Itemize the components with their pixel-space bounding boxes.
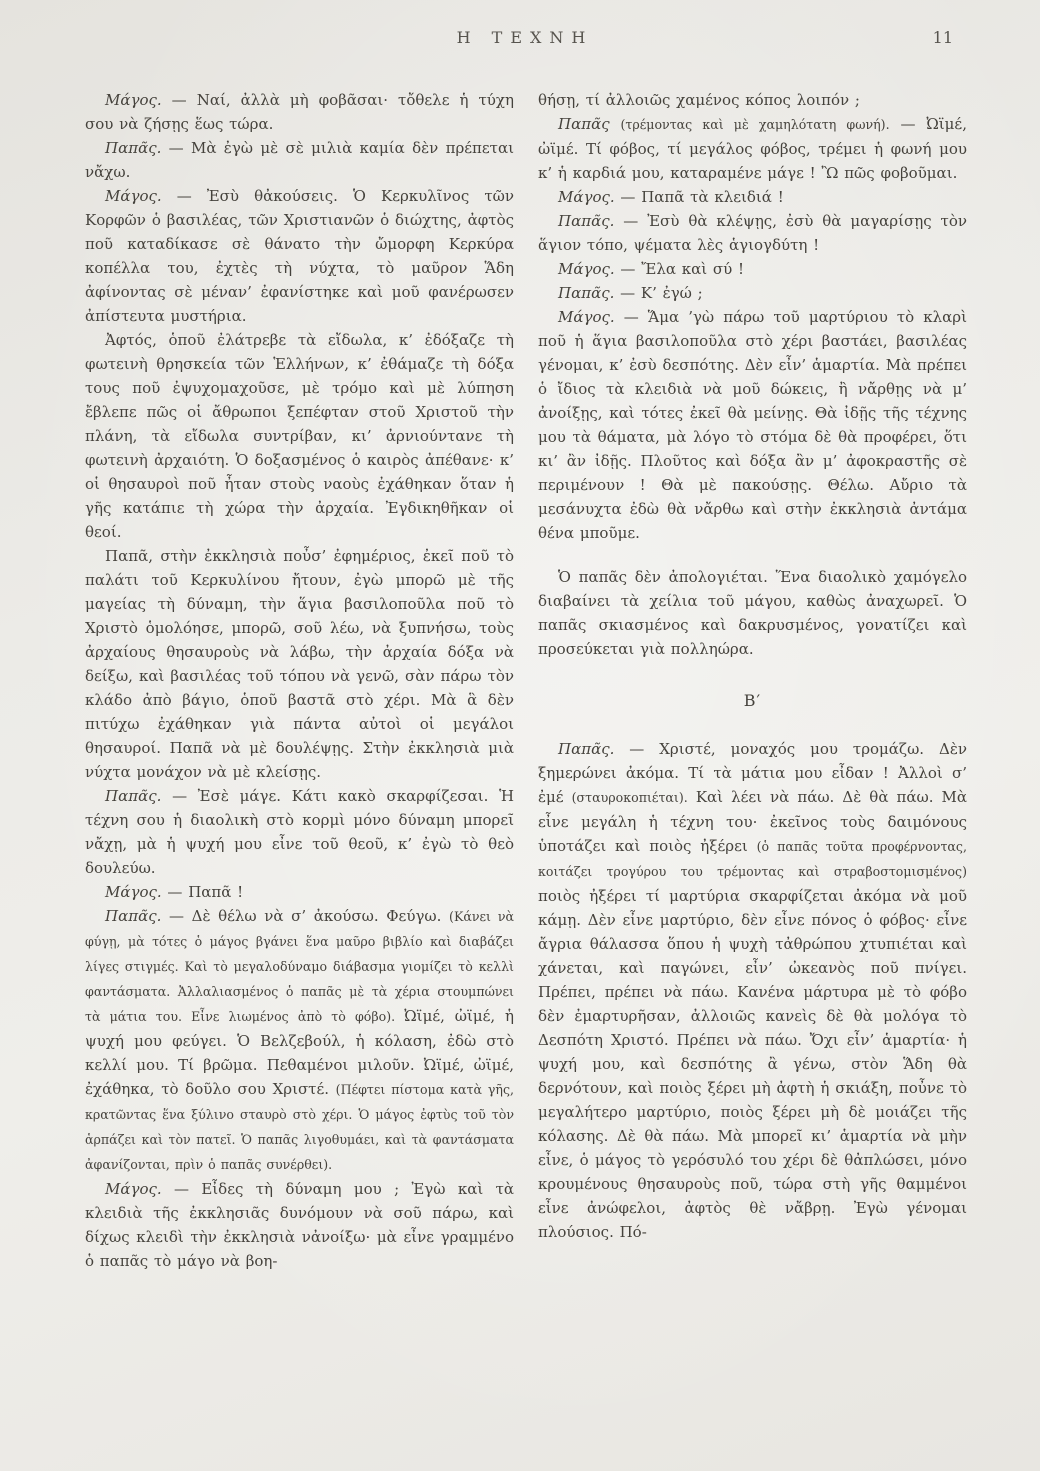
- column-left: Μάγος. — Ναί, ἀλλὰ μὴ φοβᾶσαι· τὄθελε ἡ …: [85, 88, 514, 1273]
- text-columns: Μάγος. — Ναί, ἀλλὰ μὴ φοβᾶσαι· τὄθελε ἡ …: [85, 88, 967, 1273]
- body-text: — Παπᾶ τὰ κλειδιά !: [615, 188, 784, 206]
- paragraph: Παπᾶς. — Κ’ ἐγώ ;: [538, 281, 967, 305]
- paragraph: θήσῃ, τί ἀλλοιῶς χαμένος κόπος λοιπόν ;: [538, 88, 967, 112]
- paragraph: Παπᾶς. — Δὲ θέλω νὰ σ’ ἀκούσω. Φεύγω. (Κ…: [85, 904, 514, 1177]
- paragraph: Παπᾶς. — Ἐσὺ θὰ κλέψῃς, ἐσὺ θὰ μαγαρίσῃς…: [538, 209, 967, 257]
- speaker-name: Παπᾶς.: [105, 139, 161, 157]
- body-text: — Παπᾶ !: [162, 883, 244, 901]
- paragraph: Μάγος. — Ἅμα ’γὼ πάρω τοῦ μαρτύριου τὸ κ…: [538, 305, 967, 545]
- speaker-name: Μάγος.: [105, 187, 162, 205]
- body-text: — Δὲ θέλω νὰ σ’ ἀκούσω. Φεύγω.: [161, 907, 449, 925]
- paragraph: Μάγος. — Ναί, ἀλλὰ μὴ φοβᾶσαι· τὄθελε ἡ …: [85, 88, 514, 136]
- paragraph: Παπᾶς. — Χριστέ, μοναχός μου τρομάζω. Δὲ…: [538, 737, 967, 1244]
- stage-direction: (τρέμοντας καὶ μὲ χαμηλότατη φωνή).: [620, 117, 889, 132]
- speaker-name: Παπᾶς: [558, 115, 620, 133]
- paragraph: Παπᾶ, στὴν ἐκκλησιὰ ποὖσ’ ἐφημέριος, ἐκε…: [85, 544, 514, 784]
- body-text: θήσῃ, τί ἀλλοιῶς χαμένος κόπος λοιπόν ;: [538, 91, 860, 109]
- paragraph: Μάγος. — Ἔλα καὶ σύ !: [538, 257, 967, 281]
- paragraph: Μάγος. — Παπᾶ !: [85, 880, 514, 904]
- speaker-name: Μάγος.: [105, 91, 162, 109]
- stage-direction: (σταυροκοπιέται).: [572, 790, 688, 805]
- speaker-name: Παπᾶς.: [105, 787, 161, 805]
- speaker-name: Παπᾶς.: [558, 740, 614, 758]
- column-right: θήσῃ, τί ἀλλοιῶς χαμένος κόπος λοιπόν ;Π…: [538, 88, 967, 1273]
- body-text: Β′: [744, 691, 761, 710]
- paragraph: Ἀφτός, ὁποῦ ἐλάτρεβε τὰ εἴδωλα, κ’ ἐδόξα…: [85, 328, 514, 544]
- speaker-name: Μάγος.: [558, 308, 615, 326]
- paragraph: Παπᾶς. — Ἐσὲ μάγε. Κάτι κακὸ σκαρφίζεσαι…: [85, 784, 514, 880]
- speaker-name: Μάγος.: [105, 883, 162, 901]
- body-text: Ὁ παπᾶς δὲν ἀπολογιέται. Ἕνα διαολικὸ χα…: [538, 568, 967, 658]
- speaker-name: Παπᾶς.: [105, 907, 161, 925]
- paragraph: Μάγος. — Εἶδες τὴ δύναμη μου ; Ἐγὼ καὶ τ…: [85, 1177, 514, 1273]
- speaker-name: Παπᾶς.: [558, 284, 614, 302]
- section-heading: Β′: [538, 689, 967, 713]
- body-text: — Ἅμα ’γὼ πάρω τοῦ μαρτύριου τὸ κλαρὶ πο…: [538, 308, 967, 542]
- paragraph: Παπᾶς. — Μὰ ἐγὼ μὲ σὲ μιλιὰ καμία δὲν πρ…: [85, 136, 514, 184]
- paragraph: Μάγος. — Ἐσὺ θἀκούσεις. Ὁ Κερκυλῖνος τῶν…: [85, 184, 514, 328]
- speaker-name: Μάγος.: [558, 260, 615, 278]
- body-text: Παπᾶ, στὴν ἐκκλησιὰ ποὖσ’ ἐφημέριος, ἐκε…: [85, 547, 514, 781]
- page-header: Η ΤΕΧΝΗ 11: [85, 28, 965, 58]
- page-number: 11: [933, 28, 953, 47]
- speaker-name: Παπᾶς.: [558, 212, 614, 230]
- body-text: — Κ’ ἐγώ ;: [614, 284, 702, 302]
- body-text: ποιὸς ἠξέρει τί μαρτύρια σκαρφίζεται ἀκό…: [538, 887, 967, 1241]
- body-text: Ἀφτός, ὁποῦ ἐλάτρεβε τὰ εἴδωλα, κ’ ἐδόξα…: [85, 331, 514, 541]
- paragraph: Παπᾶς (τρέμοντας καὶ μὲ χαμηλότατη φωνή)…: [538, 112, 967, 185]
- speaker-name: Μάγος.: [105, 1180, 162, 1198]
- body-text: — Ἔλα καὶ σύ !: [615, 260, 744, 278]
- scanned-page: Η ΤΕΧΝΗ 11 Μάγος. — Ναί, ἀλλὰ μὴ φοβᾶσαι…: [0, 0, 1040, 1471]
- paragraph: Μάγος. — Παπᾶ τὰ κλειδιά !: [538, 185, 967, 209]
- speaker-name: Μάγος.: [558, 188, 615, 206]
- paragraph: Ὁ παπᾶς δὲν ἀπολογιέται. Ἕνα διαολικὸ χα…: [538, 565, 967, 661]
- body-text: — Ἐσὺ θἀκούσεις. Ὁ Κερκυλῖνος τῶν Κορφῶν…: [85, 187, 514, 325]
- journal-title: Η ΤΕΧΝΗ: [85, 28, 965, 47]
